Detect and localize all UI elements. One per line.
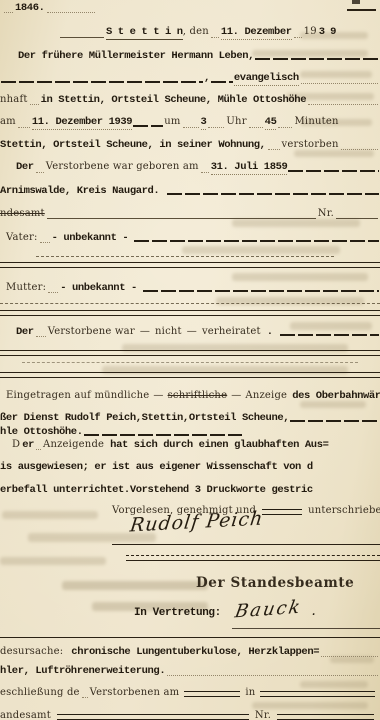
informant-address-cont: hle Ottoshöhe. (0, 425, 83, 439)
dotted-leader (48, 292, 58, 293)
separator-comma: , (204, 71, 210, 85)
typed-dash-fill (255, 58, 379, 60)
birth-date-line: Der Verstorbene war geboren am 31. Juli … (16, 160, 380, 175)
solid-leader (47, 218, 316, 219)
dotted-leader (294, 37, 302, 38)
standesamt-line: ndesamt Nr. (0, 207, 380, 221)
verstorben-label: verstorben (282, 138, 339, 152)
anzeigende-label: Anzeigende (43, 438, 104, 452)
ink-bleedthrough (252, 702, 368, 709)
dotted-leader (211, 37, 219, 38)
father-value: - unbekannt - (52, 231, 129, 245)
entry-date: 11. Dezember (221, 25, 292, 40)
in-label: in (245, 686, 255, 700)
dotted-leader (201, 172, 209, 173)
typed-dash-fill (133, 125, 163, 127)
place-date-line: S t e t t i n , den 11. Dezember 19 39 (58, 25, 380, 40)
cause-of-death-line2: hler, Luftröhrenerweiterung. (0, 664, 380, 678)
eingetragen-label: Eingetragen auf mündliche (6, 389, 149, 403)
informant-line2: ßer Dienst Rudolf Peich,Stettin,Ortsteil… (0, 411, 380, 425)
birth-date-value: 31. Juli 1859 (211, 160, 288, 175)
dotted-leader (301, 83, 378, 84)
dotted-leader (183, 127, 199, 128)
ink-bleedthrough (182, 246, 340, 254)
war-label: Verstorbene war (48, 325, 135, 339)
section-rule (0, 637, 380, 638)
register-number-line: 1846. (2, 1, 97, 15)
deceased-name: Der frühere Müllermeister Hermann Leben, (18, 49, 254, 63)
dotted-leader (30, 104, 39, 105)
statement-line3: erbefall unterrichtet.Vorstehend 3 Druck… (0, 483, 380, 497)
schriftliche-struck: schriftliche (168, 389, 228, 403)
death-place-line: Stettin, Ortsteil Scheune, in seiner Woh… (0, 138, 380, 152)
typed-dash-fill (288, 170, 379, 172)
dotted-leader (167, 675, 378, 676)
corner-cut-glyph (352, 0, 360, 4)
double-rule (0, 372, 380, 378)
dotted-leader (4, 12, 13, 13)
dotted-leader (18, 127, 30, 128)
typed-dash-fill (211, 81, 233, 83)
um-label: um (164, 115, 180, 129)
statement-line1: D er Anzeigende hat sich durch einen gla… (12, 438, 380, 452)
birth-place-value: Arnimswalde, Kreis Naugard. (0, 184, 159, 198)
dotted-leader (278, 127, 292, 128)
eheschliessung-label-cut: eschließung de (0, 686, 80, 700)
place-name: S t e t t i n (106, 25, 183, 40)
standesamt-label-cut: andesamt (0, 709, 51, 720)
dotted-leader (40, 242, 50, 243)
typed-dash-fill (134, 240, 379, 242)
verheiratet-label: verheiratet (202, 325, 261, 339)
dotted-leader (36, 172, 44, 173)
typed-dash-fill (167, 193, 379, 195)
religion-value: evangelisch (234, 71, 299, 86)
bottom-standesamt-line: andesamt Nr. (0, 709, 380, 720)
double-rule (126, 555, 380, 561)
typed-dash-fill (280, 334, 379, 336)
informant-name-address: ßer Dienst Rudolf Peich,Stettin,Ortsteil… (0, 411, 289, 425)
in-vertretung-label: In Vertretung: (134, 606, 221, 620)
double-dash-fill (57, 714, 249, 720)
print-dash: — (231, 389, 241, 403)
double-rule (0, 350, 380, 356)
dotted-leader (208, 127, 224, 128)
double-dash-fill (277, 714, 374, 720)
nr-label: Nr. (318, 207, 334, 221)
dotted-leader (47, 12, 95, 13)
statement-line2: is ausgewiesen; er ist aus eigener Wisse… (0, 460, 380, 474)
deceased-intro-line: Der frühere Müllermeister Hermann Leben, (18, 49, 380, 63)
informant-title: des Oberbahnwärter (292, 389, 380, 403)
dotted-leader (268, 149, 280, 150)
double-rule (0, 310, 380, 316)
standesbeamte-heading: Der Standesbeamte (196, 576, 354, 590)
mother-value: - unbekannt - (60, 281, 137, 295)
am-label: am (0, 115, 16, 129)
faint-dashed-line (22, 362, 358, 363)
ink-bleedthrough (232, 273, 368, 281)
cause-value2: hler, Luftröhrenerweiterung. (0, 664, 165, 678)
marital-status-line: Der Verstorbene war — nicht — verheirate… (16, 325, 380, 339)
standesamt-label-cut: ndesamt (0, 207, 45, 221)
uhr-label: Uhr (226, 115, 246, 129)
mother-line: Mutter: - unbekannt - (6, 281, 380, 295)
wohnhaft-label-cut: nhaft (0, 93, 28, 107)
dotted-leader (308, 104, 378, 105)
ink-bleedthrough (62, 581, 208, 590)
minuten-label: Minuten (294, 115, 338, 129)
print-dash: — (187, 325, 197, 339)
dotted-leader (321, 656, 378, 657)
vater-label: Vater: (6, 231, 38, 245)
registrar-signature: Bauck (234, 601, 303, 620)
father-line: Vater: - unbekannt - (6, 231, 380, 245)
geboren-label: Verstorbene war geboren am (46, 160, 199, 174)
solid-leader (60, 37, 104, 38)
der-typed: Der (16, 160, 34, 174)
d-print: D (12, 438, 20, 452)
informant-signature: Rudolf Peich (129, 511, 264, 532)
cause-of-death-line1: desursache: chronische Lungentuberkulose… (0, 645, 380, 659)
death-place-value: Stettin, Ortsteil Scheune, in seiner Woh… (0, 138, 266, 152)
year-typed: 39 (319, 25, 342, 39)
ink-bleedthrough (0, 557, 106, 565)
dotted-leader (36, 449, 41, 450)
signature-underline (232, 628, 380, 629)
faint-dashed-line (0, 303, 380, 304)
print-dash: — (140, 325, 150, 339)
residence-line: nhaft in Stettin, Ortsteil Scheune, Mühl… (0, 93, 380, 107)
dotted-leader (249, 127, 263, 128)
religion-line: , evangelisch (0, 71, 380, 86)
notification-line: Eingetragen auf mündliche — schriftliche… (6, 389, 380, 403)
der-typed: Der (16, 325, 34, 339)
typed-period: . (267, 325, 273, 339)
mutter-label: Mutter: (6, 281, 46, 295)
informant-line3: hle Ottoshöhe. (0, 425, 380, 439)
double-dash-fill (260, 691, 375, 697)
todesursache-label-cut: desursache: (0, 645, 63, 659)
register-number: 1846. (15, 1, 45, 15)
nr-label: Nr. (255, 709, 271, 720)
faint-dashed-line (36, 256, 334, 257)
solid-leader (336, 218, 378, 219)
death-minute-value: 45 (265, 115, 277, 130)
informant-signature-row: Rudolf Peich (130, 515, 380, 529)
typed-dash-fill (1, 81, 203, 83)
death-date-value: 11. Dezember 1939 (32, 115, 132, 130)
death-hour-value: 3 (201, 115, 207, 130)
marriage-line: eschließung de Verstorbenen am in (0, 686, 380, 700)
birth-place-line: Arnimswalde, Kreis Naugard. (0, 184, 380, 198)
statement-text1: hat sich durch einen glaubhaften Aus= (110, 438, 328, 452)
death-register-document: 1846. S t e t t i n , den 11. Dezember 1… (0, 0, 380, 720)
dotted-leader (82, 697, 88, 698)
cause-value1: chronische Lungentuberkulose, Herzklappe… (71, 645, 319, 659)
ink-bleedthrough (2, 511, 98, 519)
signature-underline (112, 544, 380, 545)
death-datetime-line: am 11. Dezember 1939 um 3 Uhr 45 Minuten (0, 115, 380, 130)
double-dash-fill (184, 691, 240, 697)
typed-dash-fill (290, 420, 379, 422)
statement-text3: erbefall unterrichtet.Vorstehend 3 Druck… (0, 483, 313, 497)
dotted-leader (36, 336, 46, 337)
print-dash: — (153, 389, 163, 403)
typed-dash-fill (84, 434, 242, 436)
nicht-label: nicht (155, 325, 182, 339)
deputy-signature-row: In Vertretung: Bauck . (134, 603, 380, 620)
residence-value: in Stettin, Ortsteil Scheune, Mühle Otto… (41, 93, 307, 107)
statement-text2: is ausgewiesen; er ist aus eigener Wisse… (0, 460, 313, 474)
corner-underline (347, 9, 376, 11)
anzeige-label: Anzeige (245, 389, 287, 403)
er-typed: er (22, 438, 34, 452)
dotted-leader (341, 149, 378, 150)
registrar-heading-row: Der Standesbeamte (196, 576, 380, 590)
year-print: 19 (304, 25, 317, 39)
signature-period: . (311, 604, 315, 618)
double-rule (0, 262, 380, 268)
den-label: , den (183, 25, 209, 39)
verstorbenen-am-label: Verstorbenen am (90, 686, 180, 700)
typed-dash-fill (143, 290, 379, 292)
